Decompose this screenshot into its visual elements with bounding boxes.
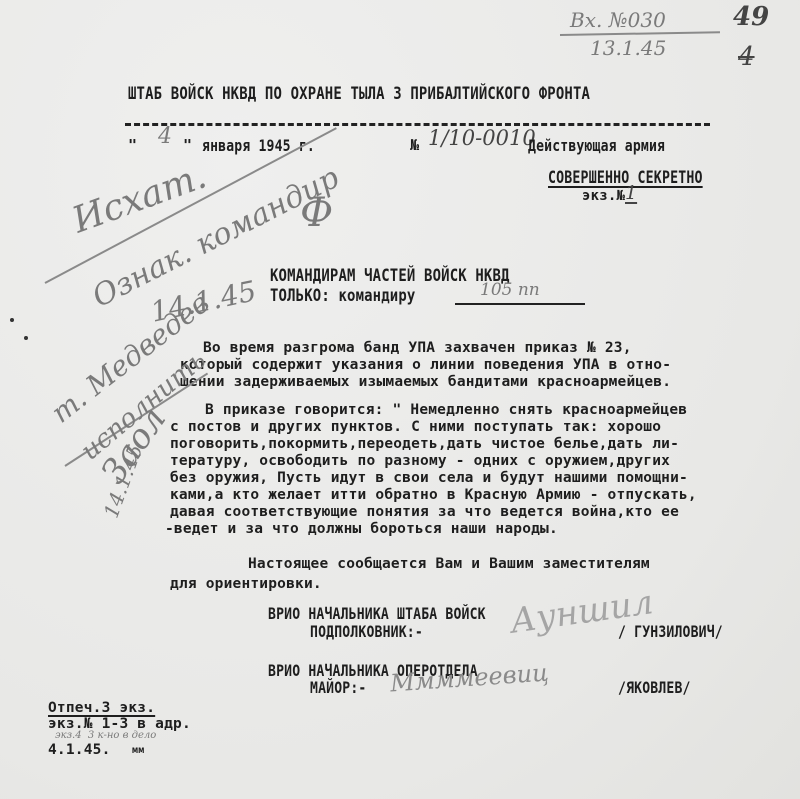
addressee-line2: ТОЛЬКО: командиру (270, 286, 415, 306)
footer-typist: мм (132, 745, 144, 756)
header-divider (125, 123, 710, 126)
document-number: 1/10-0010 (428, 126, 536, 150)
document-page: Вх. №030 13.1.45 49 4 ШТАБ ВОЙСК НКВД ПО… (0, 0, 800, 799)
incoming-number-stamp: Вх. №030 (570, 8, 666, 32)
crossed-sheet-number: 4 (738, 42, 755, 72)
body-p1-l1: Во время разгрома банд УПА захвачен прик… (203, 340, 632, 356)
body-p2-l2: с постов и других пунктов. С ними поступ… (170, 419, 661, 435)
date-month-year: января 1945 г. (202, 136, 315, 155)
addressee-unit: 105 пп (480, 280, 540, 300)
footer-copies: Отпеч.3 экз. (48, 700, 155, 716)
location: Действующая армия (528, 136, 665, 155)
margin-note1-initial: Ф (300, 190, 333, 236)
body-p1-l3: шении задерживаемых изымаемых бандитами … (180, 374, 671, 390)
sheet-number: 49 (733, 2, 769, 32)
body-p3-l2: для ориентировки. (170, 576, 322, 592)
body-p2-l1: В приказе говорится: " Немедленно снять … (205, 402, 687, 418)
body-p1-l2: который содержит указания о линии поведе… (180, 357, 671, 373)
ink-spot (10, 318, 14, 322)
copy-label: экз.№ (582, 188, 625, 204)
margin-note1-line1: Исхат. (67, 155, 212, 241)
date-quote-close: " (183, 136, 192, 154)
body-p2-l4: тературу, освободить по разному - одних … (170, 453, 670, 469)
signature2-name: /ЯКОВЛЕВ/ (618, 678, 691, 697)
date-day: 4 (158, 124, 172, 149)
addressee-line1: КОМАНДИРАМ ЧАСТЕЙ ВОЙСК НКВД (270, 266, 510, 286)
signature1-rank: ПОДПОЛКОВНИК:- (310, 622, 423, 641)
body-p2-l5: без оружия, Пусть идут в свои села и буд… (170, 470, 688, 486)
signature1-name: / ГУНЗИЛОВИЧ/ (618, 622, 723, 641)
body-p2-l3: поговорить,покормить,переодеть,дать чист… (170, 436, 679, 452)
date-quote-open: " (128, 136, 137, 154)
signature1-title: ВРИО НАЧАЛЬНИКА ШТАБА ВОЙСК (268, 604, 486, 623)
incoming-date-stamp: 13.1.45 (590, 36, 666, 60)
ink-spot (24, 336, 28, 340)
signature2-rank: МАЙОР:- (310, 678, 366, 697)
body-p2-l6: ками,а кто желает итти обратно в Красную… (170, 487, 697, 503)
body-p2-l8: -ведет и за что должны бороться наши нар… (165, 521, 558, 537)
footer-handwritten-note: экз.4 3 к-но в дело (55, 730, 156, 741)
footer-date: 4.1.45. (48, 742, 111, 758)
number-label: № (410, 136, 419, 154)
organization-header: ШТАБ ВОЙСК НКВД ПО ОХРАНЕ ТЫЛА 3 ПРИБАЛТ… (128, 84, 590, 104)
addressee-blank-underline (455, 303, 585, 305)
body-p3-l1: Настоящее сообщается Вам и Вашим замести… (248, 556, 650, 572)
copy-number: 1 (625, 182, 637, 204)
body-p2-l7: давая соответствующие понятия за что вед… (170, 504, 679, 520)
